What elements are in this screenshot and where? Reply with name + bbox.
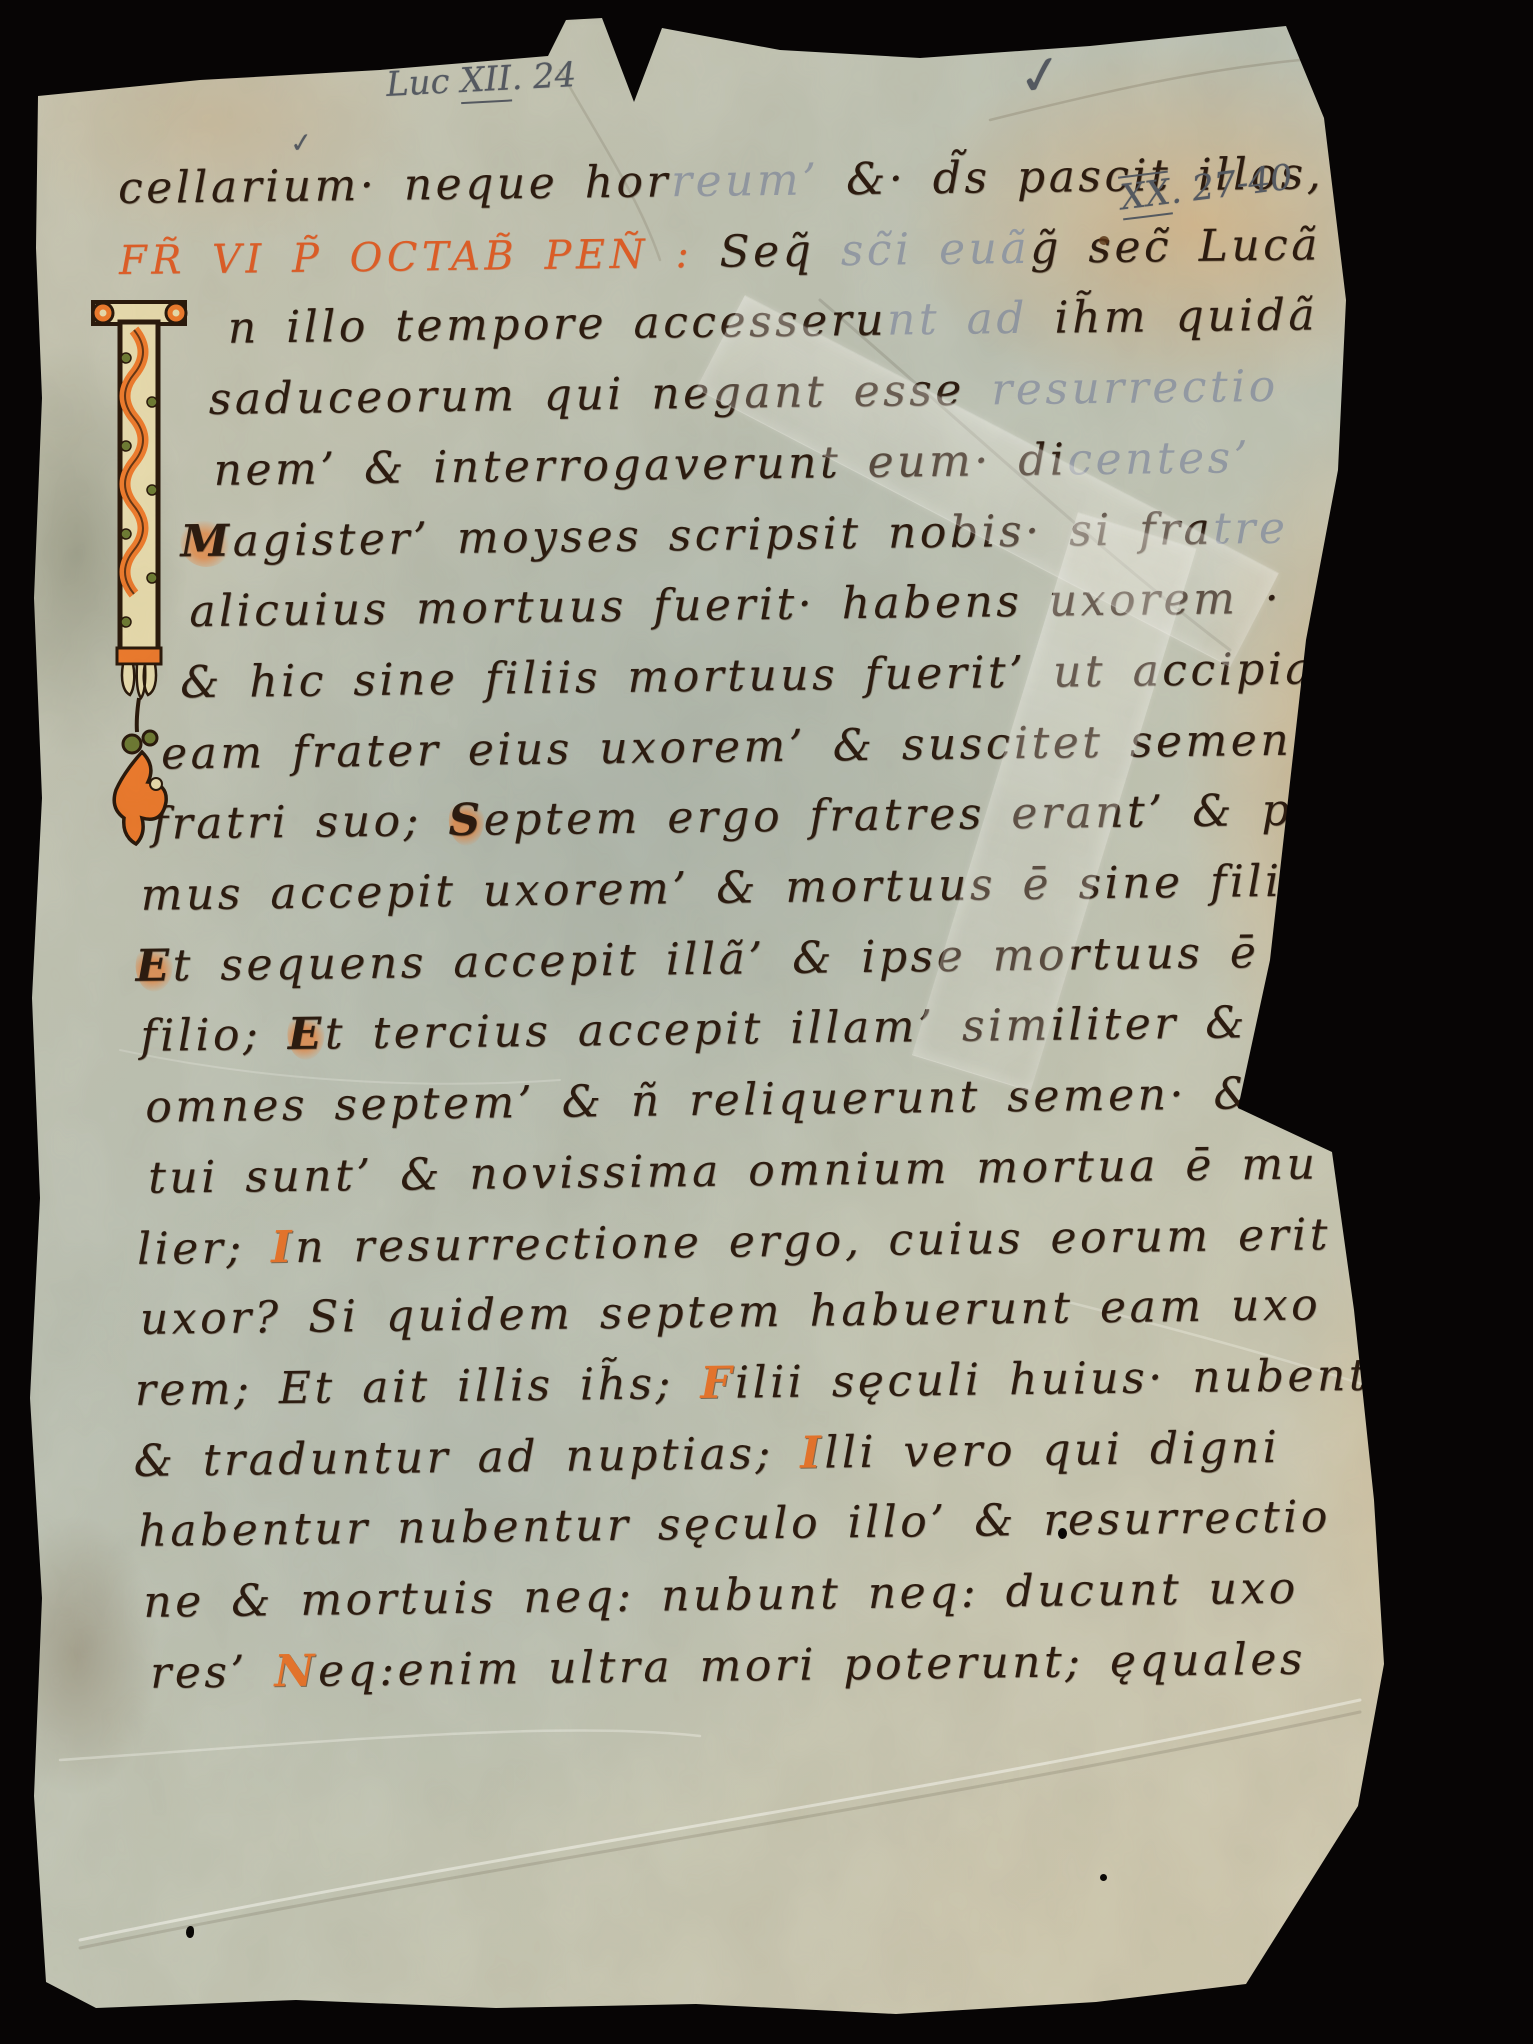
text-line-16: lier; In resurrectione ergo‚ cuius eorum… <box>137 1209 1331 1275</box>
text-segment-ink: eq:enim ultra mori poterunt; ęquales <box>318 1633 1306 1696</box>
text-segment-ink: g̃ sec̃ Lucã : <box>1030 218 1366 273</box>
text-segment-rubric: FR̃ VI P̃ OCTAB̃ PEÑ : <box>119 230 720 283</box>
text-line-12: Et sequens accepit illã’ & ipse mortuus … <box>135 925 1391 991</box>
text-segment-ink: t tercius accepit illam’ similiter & <box>325 998 1249 1060</box>
text-segment-ink: lier; <box>137 1222 272 1275</box>
text-segment-touch: S <box>448 795 484 846</box>
text-segment-ink: mus accepit uxorem’ & mortuus ē sine fil… <box>140 855 1344 921</box>
text-line-21: ne & mortuis neq: nubunt neq: ducunt uxo <box>143 1563 1299 1628</box>
illuminated-initial-I <box>90 292 194 872</box>
manuscript-photo: { "page": { "description": "Parchment le… <box>0 0 1533 2044</box>
text-segment-orange: F <box>700 1357 735 1408</box>
text-line-14: omnes septem’ & ñ reliquerunt semen· & m… <box>145 1067 1383 1133</box>
text-segment-ink: lli vero qui digni <box>824 1422 1281 1479</box>
text-segment-ink: eptem ergo fratres erant’ & pri <box>483 785 1335 846</box>
text-line-20: habentur nubentur sęculo illo’ & resurre… <box>138 1492 1331 1558</box>
pencil-chapter-number: XX <box>1118 171 1173 221</box>
text-line-19: & traduntur ad nuptias; Illi vero qui di… <box>133 1422 1280 1487</box>
text-line-2: FR̃ VI P̃ OCTAB̃ PEÑ : Seq̃ sc̃i euãg̃ s… <box>119 218 1366 284</box>
text-segment-faded: reum’ <box>671 154 847 207</box>
pencil-luke-suffix: . 24 <box>510 55 577 98</box>
text-line-15: tui sunt’ & novissima omnium mortua ē mu <box>148 1138 1319 1203</box>
text-segment-ink: cellarium· neque hor <box>118 156 672 214</box>
text-line-13: filio; Et tercius accepit illam’ similit… <box>140 998 1248 1063</box>
pencil-luke-number: XII <box>459 58 512 104</box>
worm-hole <box>186 1926 194 1938</box>
text-segment-ink: omnes septem’ & ñ reliquerunt semen· & m… <box>145 1067 1383 1133</box>
text-segment-ink: rem; Et ait illis ih̃s; <box>134 1358 700 1416</box>
text-line-10: fratri suo; Septem ergo fratres erant’ &… <box>152 785 1336 850</box>
text-line-17: uxor? Si quidem septem habuerunt eam uxo <box>140 1280 1322 1345</box>
ink-stain <box>1099 236 1109 245</box>
text-segment-touch: E <box>135 940 173 991</box>
text-segment-orange: I <box>800 1427 825 1478</box>
text-segment-ink: uxor? Si quidem septem habuerunt eam uxo <box>140 1280 1322 1345</box>
text-segment-ink: res’ <box>150 1646 275 1699</box>
text-segment-faded: nt ad <box>887 293 1029 346</box>
text-segment-ink: habentur nubentur sęculo illo’ & resurre… <box>138 1492 1331 1558</box>
pencil-small-tick: ✓ <box>288 127 314 160</box>
text-segment-touch: E <box>287 1009 325 1060</box>
parchment-leaf: cellarium· neque horreum’ &· d̃s pascit … <box>0 0 1533 2044</box>
text-line-11: mus accepit uxorem’ & mortuus ē sine fil… <box>140 855 1344 921</box>
pencil-luke-prefix: Luc <box>385 61 461 105</box>
text-segment-orange: N <box>274 1645 318 1697</box>
pencil-checkmark: ✓ <box>1013 41 1068 110</box>
text-segment-faded: resurrectio <box>991 361 1279 416</box>
text-segment-orange: I <box>271 1221 296 1272</box>
text-segment-ink: Seq̃ <box>719 225 841 277</box>
text-segment-ink: ne & mortuis neq: nubunt neq: ducunt uxo <box>143 1563 1299 1628</box>
text-segment-ink: fratri suo; <box>152 795 449 850</box>
text-segment-ink: n resurrectione ergo‚ cuius eorum erit <box>295 1209 1331 1273</box>
text-segment-ink: ih̃m quidã <box>1028 290 1319 345</box>
text-segment-ink: & traduntur ad nuptias; <box>133 1427 800 1486</box>
text-line-22: res’ Neq:enim ultra mori poterunt; ęqual… <box>150 1633 1306 1698</box>
text-line-18: rem; Et ait illis ih̃s; Filii sęculi hui… <box>134 1349 1387 1415</box>
worm-hole <box>1100 1874 1107 1881</box>
worm-hole <box>1058 1528 1067 1539</box>
text-segment-ink: t sequens accepit illã’ & ipse mortuus ē… <box>172 925 1391 991</box>
text-segment-faded: sc̃i euã <box>840 223 1030 276</box>
text-segment-ink: ilii sęculi huius· nubent’ <box>735 1349 1388 1408</box>
text-segment-ink: tui sunt’ & novissima omnium mortua ē mu <box>148 1138 1319 1203</box>
text-segment-ink: filio; <box>140 1009 288 1062</box>
